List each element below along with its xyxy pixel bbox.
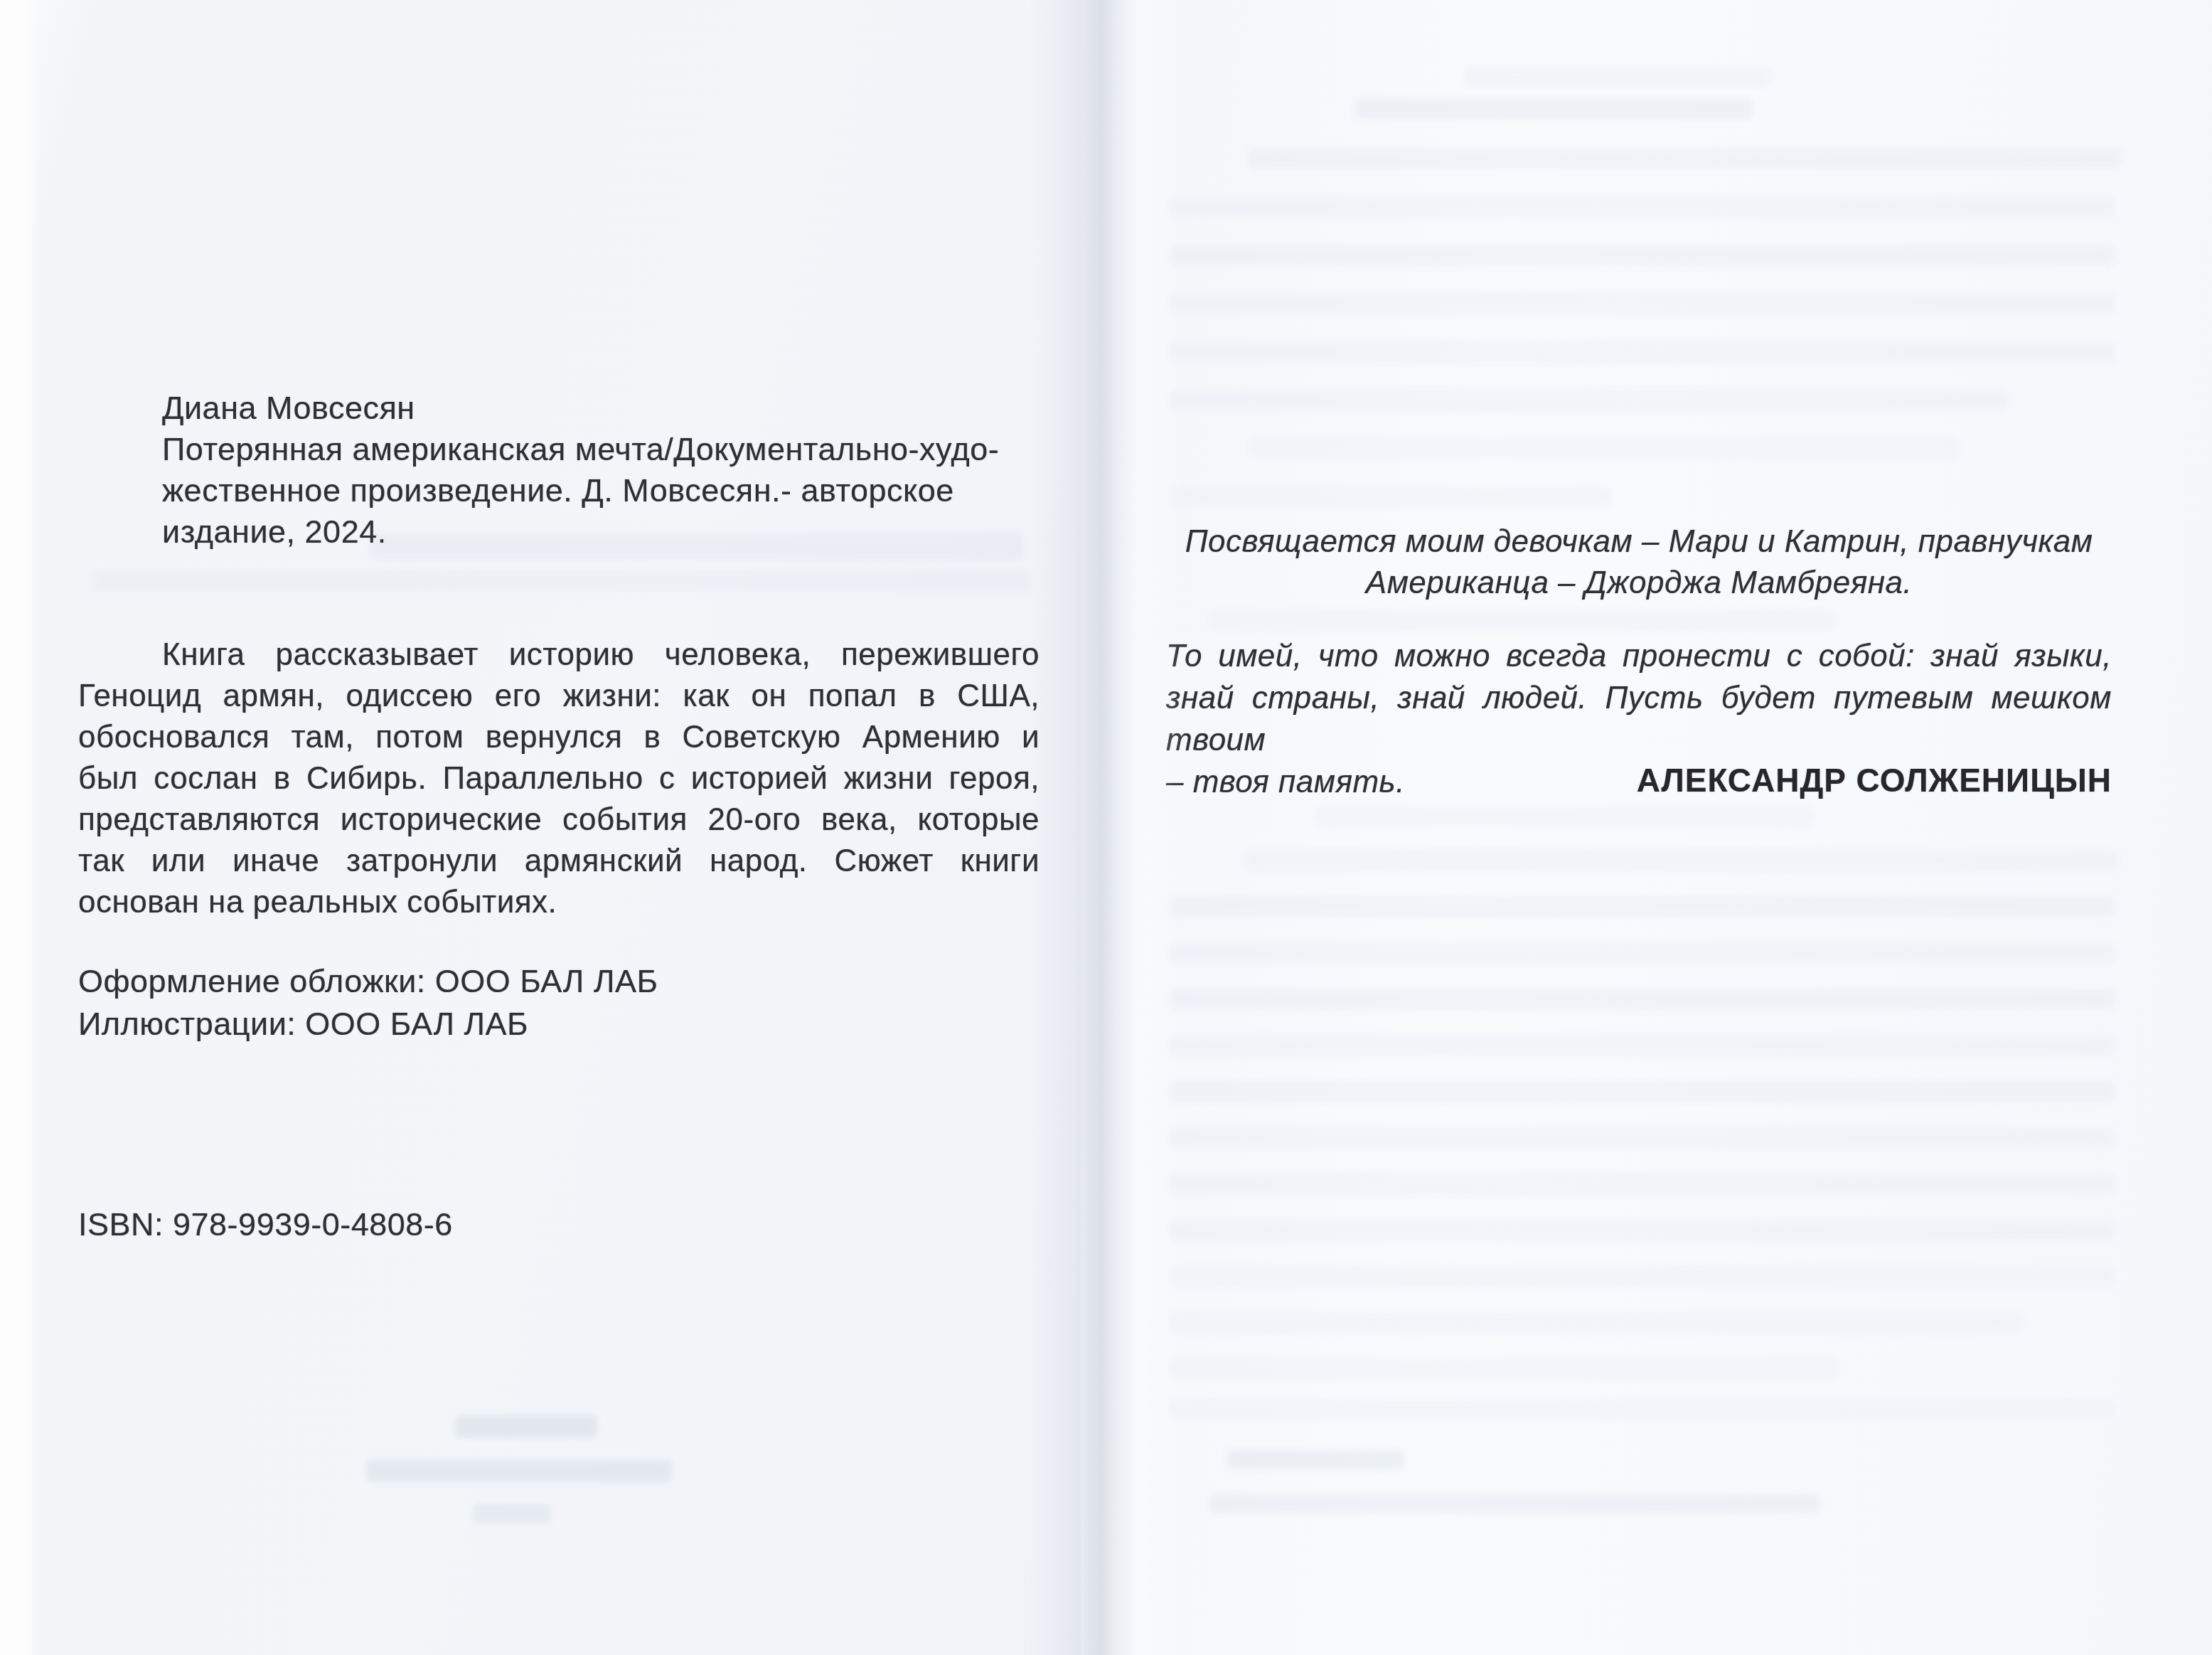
credits-line: Оформление обложки: ООО БАЛ ЛАБ	[78, 960, 658, 1003]
annotation-line: Книга рассказывает историю человека, пер…	[78, 634, 1040, 676]
annotation-line: представляются исторические события 20-о…	[78, 799, 1040, 841]
imprint-line: издание, 2024.	[162, 511, 999, 553]
page-left: Диана МовсесянПотерянная американская ме…	[0, 0, 1081, 1655]
page-gutter-shadow	[1030, 0, 1190, 1655]
scanner-edge	[0, 0, 41, 1655]
annotation-line: Геноцид армян, одиссею его жизни: как он…	[78, 676, 1040, 717]
annotation-line: так или иначе затронули армянский народ.…	[78, 841, 1040, 882]
imprint-block: Диана МовсесянПотерянная американская ме…	[162, 388, 999, 553]
annotation-last-line: основан на реальных событиях.	[78, 882, 1040, 923]
dedication-line: Посвящается моим девочкам – Мари и Катри…	[1166, 521, 2112, 563]
isbn-line: ISBN: 978-9939-0-4808-6	[78, 1204, 453, 1245]
epigraph-justified-lines: То имей, что можно всегда пронести с соб…	[1166, 635, 2112, 761]
epigraph-line: знай страны, знай людей. Пусть будет пут…	[1166, 677, 2112, 761]
epigraph-author: АЛЕКСАНДР СОЛЖЕНИЦЫН	[1166, 760, 2112, 801]
epigraph-line: То имей, что можно всегда пронести с соб…	[1166, 635, 2112, 677]
imprint-line: Потерянная американская мечта/Документал…	[162, 429, 999, 470]
credits-line: Иллюстрации: ООО БАЛ ЛАБ	[78, 1003, 658, 1045]
imprint-line: Диана Мовсесян	[162, 388, 999, 429]
book-scan: Диана МовсесянПотерянная американская ме…	[0, 0, 2212, 1655]
annotation-line: был сослан в Сибирь. Параллельно с истор…	[78, 758, 1040, 799]
annotation-justified-lines: Книга рассказывает историю человека, пер…	[78, 634, 1040, 882]
dedication-block: Посвящается моим девочкам – Мари и Катри…	[1166, 521, 2112, 604]
credits-block: Оформление обложки: ООО БАЛ ЛАБИллюстрац…	[78, 960, 658, 1045]
imprint-line: жественное произведение. Д. Мовсесян.- а…	[162, 470, 999, 511]
annotation-line: обосновался там, потом вернулся в Советс…	[78, 717, 1040, 758]
dedication-line: Американца – Джорджа Мамбреяна.	[1166, 563, 2112, 604]
annotation-block: Книга рассказывает историю человека, пер…	[78, 634, 1040, 923]
page-right	[1081, 0, 2212, 1655]
